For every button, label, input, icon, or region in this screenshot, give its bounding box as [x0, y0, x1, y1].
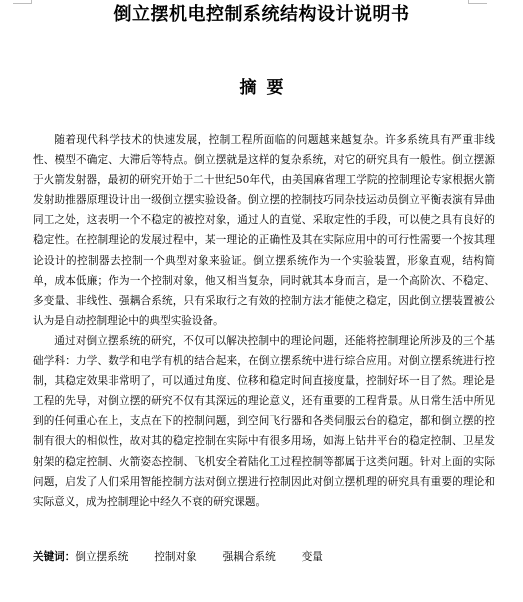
keyword-item: 控制对象	[154, 549, 196, 565]
abstract-heading: 摘要	[0, 77, 523, 99]
keywords-line: 关键词：倒立摆系统控制对象强耦合系统变量	[33, 549, 349, 565]
document-title: 倒立摆机电控制系统结构设计说明书	[0, 3, 523, 27]
keywords-label: 关键词：	[33, 551, 75, 563]
keyword-item: 变量	[302, 549, 323, 565]
abstract-paragraph-2: 通过对倒立摆系统的研究，不仅可以解决控制中的理论问题，还能将控制理论所涉及的三个…	[33, 331, 495, 512]
keyword-item: 倒立摆系统	[75, 549, 128, 565]
abstract-heading-char-1: 摘	[240, 77, 257, 99]
abstract-heading-char-2: 要	[267, 77, 284, 99]
keyword-item: 强耦合系统	[223, 549, 276, 565]
abstract-paragraph-1: 随着现代科学技术的快速发展，控制工程所面临的问题越来越复杂。许多系统具有严重非线…	[33, 130, 495, 331]
abstract-body: 随着现代科学技术的快速发展，控制工程所面临的问题越来越复杂。许多系统具有严重非线…	[33, 130, 495, 512]
